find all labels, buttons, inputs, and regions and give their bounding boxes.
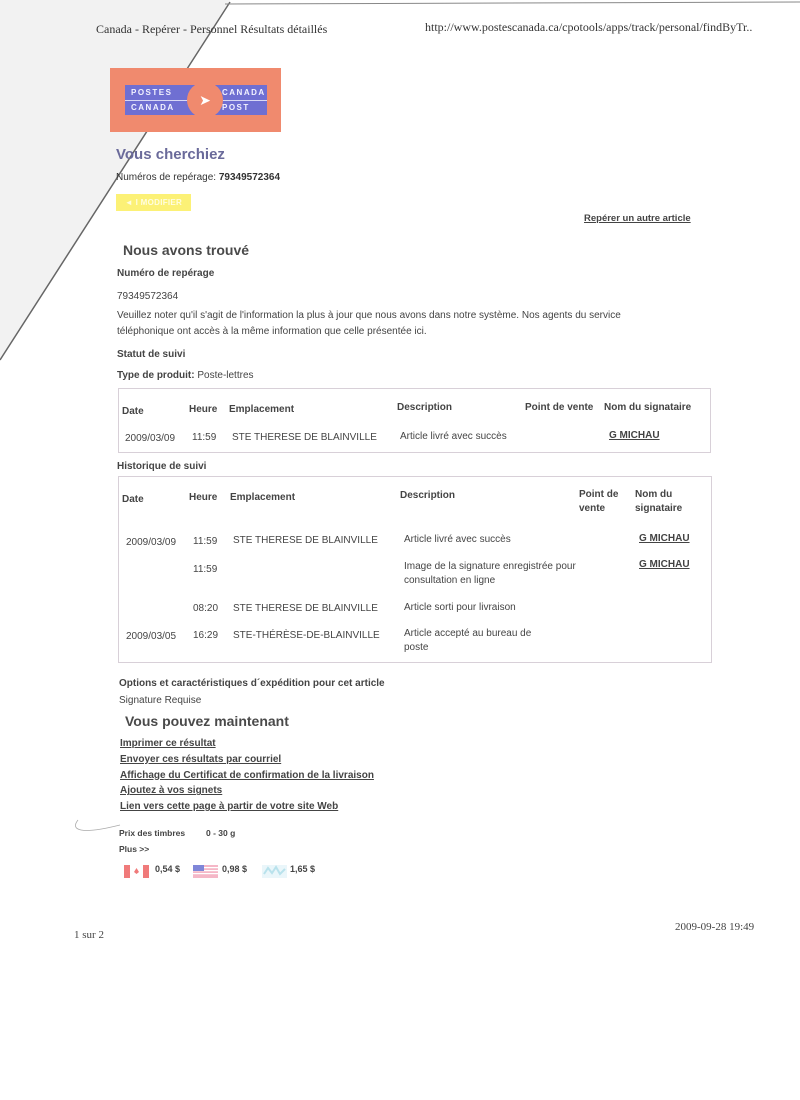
price-canada: 0,54 $: [155, 864, 180, 874]
print-timestamp: 2009-09-28 19:49: [675, 921, 754, 933]
status-table: Date Heure Emplacement Description Point…: [118, 388, 711, 453]
info-note: Veuillez noter qu'il s'agit de l'informa…: [117, 308, 677, 340]
col-header-point-of-sale: Point de vente: [525, 401, 593, 415]
row-time: 08:20: [193, 602, 218, 616]
row-location: STE THERESE DE BLAINVILLE: [233, 534, 378, 548]
product-type: Type de produit: Poste-lettres: [117, 370, 254, 381]
search-value: 79349572364: [219, 172, 280, 183]
logo-text: CANADA: [131, 103, 175, 112]
row-location: STE THERESE DE BLAINVILLE: [232, 431, 377, 445]
history-table: Date Heure Emplacement Description Point…: [118, 476, 712, 663]
search-heading: Vous cherchiez: [116, 146, 225, 163]
canada-flag-icon: [124, 865, 149, 878]
row-description: Image de la signature enregistrée pour c…: [404, 560, 584, 588]
print-page-title: Canada - Repérer - Personnel Résultats d…: [96, 22, 327, 37]
signatory-link[interactable]: G MICHAU: [609, 429, 660, 443]
price-international: 1,65 $: [290, 864, 315, 874]
signatory-link[interactable]: G MICHAU: [639, 558, 690, 572]
logo-text: CANADA: [222, 88, 266, 97]
row-description: Article livré avec succès: [400, 430, 507, 444]
col-header-signatory: Nom du signataire: [604, 401, 691, 415]
tracking-number-value: 79349572364: [117, 291, 178, 302]
stamp-weight: 0 - 30 g: [206, 828, 235, 838]
signatory-link[interactable]: G MICHAU: [639, 532, 690, 546]
logo-text: POST: [222, 103, 250, 112]
more-prices-link[interactable]: Plus >>: [119, 844, 149, 854]
stamp-prices-label: Prix des timbres: [119, 828, 185, 838]
actions-heading: Vous pouvez maintenant: [125, 713, 289, 729]
col-header-date: Date: [122, 405, 144, 419]
post-eagle-icon: ➤: [187, 82, 223, 118]
search-label: Numéros de repérage:: [116, 172, 216, 183]
col-header-description: Description: [400, 489, 455, 503]
row-description: Article accepté au bureau de poste: [404, 627, 554, 655]
result-heading: Nous avons trouvé: [123, 242, 249, 258]
history-heading: Historique de suivi: [117, 461, 206, 472]
usa-flag-icon: [193, 865, 218, 878]
logo-text: POSTES: [131, 88, 172, 97]
search-summary: Numéros de repérage: 79349572364: [116, 172, 280, 183]
row-time: 11:59: [193, 563, 217, 577]
col-header-time: Heure: [189, 491, 217, 505]
bookmark-link[interactable]: Ajoutez à vos signets: [120, 785, 374, 801]
tracking-number-label: Numéro de repérage: [117, 268, 214, 279]
email-results-link[interactable]: Envoyer ces résultats par courriel: [120, 754, 374, 770]
col-header-description: Description: [397, 401, 452, 415]
row-date: 2009/03/09: [125, 432, 175, 446]
world-map-icon: [262, 865, 287, 878]
product-type-label: Type de produit:: [117, 370, 195, 381]
shipping-options-value: Signature Requise: [119, 695, 201, 706]
row-time: 11:59: [193, 535, 217, 549]
col-header-signatory: Nom du signataire: [635, 488, 695, 516]
modify-button[interactable]: ◄ I MODIFIER: [116, 194, 191, 211]
price-usa: 0,98 $: [222, 864, 247, 874]
row-description: Article livré avec succès: [404, 533, 511, 547]
shipping-options-heading: Options et caractéristiques d´expédition…: [119, 678, 385, 689]
col-header-time: Heure: [189, 403, 217, 417]
col-header-location: Emplacement: [229, 403, 294, 417]
row-time: 16:29: [193, 629, 218, 643]
row-time: 11:59: [192, 431, 216, 445]
col-header-point-of-sale: Point de vente: [579, 488, 629, 516]
col-header-location: Emplacement: [230, 491, 295, 505]
row-date: 2009/03/05: [126, 630, 176, 644]
row-date: 2009/03/09: [126, 536, 176, 550]
col-header-date: Date: [122, 493, 144, 507]
row-description: Article sorti pour livraison: [404, 601, 516, 615]
canada-post-logo[interactable]: POSTES CANADA CANADA POST ➤: [110, 68, 281, 132]
print-page-url: http://www.postescanada.ca/cpotools/apps…: [425, 20, 752, 35]
page-number: 1 sur 2: [74, 929, 104, 941]
row-location: STE-THÉRÈSE-DE-BLAINVILLE: [233, 629, 380, 643]
delivery-certificate-link[interactable]: Affichage du Certificat de confirmation …: [120, 770, 374, 786]
status-heading: Statut de suivi: [117, 349, 185, 360]
print-result-link[interactable]: Imprimer ce résultat: [120, 738, 374, 754]
track-another-link[interactable]: Repérer un autre article: [584, 213, 691, 224]
logo-band: POSTES CANADA CANADA POST ➤: [125, 85, 267, 115]
row-location: STE THERESE DE BLAINVILLE: [233, 602, 378, 616]
product-type-value: Poste-lettres: [197, 370, 253, 381]
actions-list: Imprimer ce résultat Envoyer ces résulta…: [120, 738, 374, 817]
link-to-page-link[interactable]: Lien vers cette page à partir de votre s…: [120, 801, 374, 817]
